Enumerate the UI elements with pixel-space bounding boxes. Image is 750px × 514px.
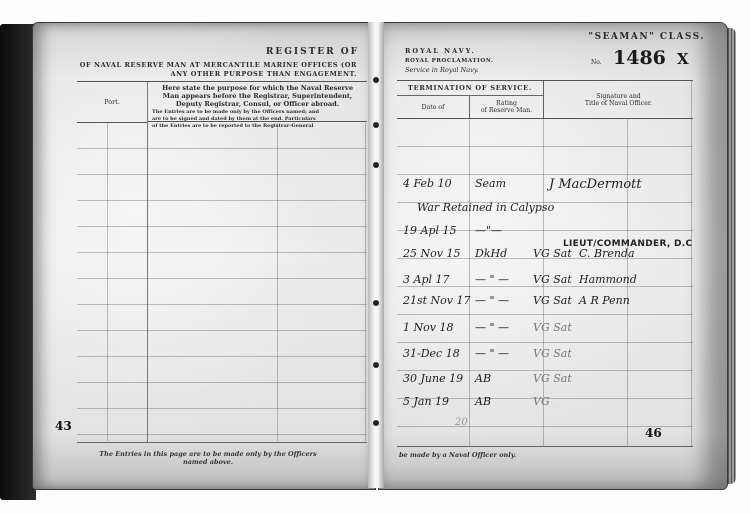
register-heading: REGISTER OF	[266, 47, 359, 57]
signature-header-line-1: Signature and	[585, 93, 652, 100]
entry-rating: —"—	[475, 224, 502, 237]
proclamation-heading: ROYAL PROCLAMATION.	[405, 58, 494, 64]
entry-date: 5 Jan 19	[403, 395, 449, 408]
ruled-lines	[77, 123, 367, 441]
entry-date: 3 Apl 17	[403, 273, 450, 286]
termination-header: TERMINATION OF SERVICE.	[397, 81, 544, 96]
register-subheading-2: ANY OTHER PURPOSE THAN ENGAGEMENT.	[57, 70, 357, 78]
entry-conduct: VG Sat	[533, 347, 572, 360]
officer-stamp: LIEUT/COMMANDER, D.C	[563, 239, 692, 249]
entry-date: 21st Nov 17	[403, 294, 471, 307]
entry-signature: J MacDermott	[549, 177, 642, 192]
royal-navy-heading: ROYAL NAVY.	[405, 47, 476, 55]
service-entry: 25 Nov 15 DkHd VG Sat C. Brenda	[397, 247, 693, 267]
left-footer: The Entries in this page are to be made …	[63, 450, 353, 466]
register-subheading-1: OF NAVAL RESERVE MAN AT MERCANTILE MARIN…	[57, 61, 357, 69]
service-entry: 5 Jan 19 AB VG	[397, 395, 693, 415]
entry-signature: A R Penn	[579, 294, 630, 307]
entry-date: 31-Dec 18	[403, 347, 460, 360]
register-table: Port. Here state the purpose for which t…	[77, 81, 367, 443]
entry-date: 25 Nov 15	[403, 247, 460, 260]
entry-date: 1 Nov 18	[403, 321, 453, 334]
stitch	[373, 420, 379, 426]
stitch	[373, 122, 379, 128]
stitch	[373, 362, 379, 368]
entry-date: 19 Apl 15	[403, 224, 457, 237]
entry-rating: DkHd	[475, 247, 507, 260]
service-number-suffix: X	[677, 50, 689, 68]
service-entry: 31-Dec 18 — " — VG Sat	[397, 347, 693, 367]
purpose-note-1: The Entries are to be made only by the O…	[152, 109, 363, 115]
left-footer-line-1: The Entries in this page are to be made …	[63, 450, 353, 458]
grid-line	[277, 123, 278, 441]
left-footer-line-2: named above.	[63, 458, 353, 466]
entry-conduct: VG Sat	[533, 273, 572, 286]
entry-note: War Retained in Calypso	[417, 201, 554, 214]
entry-conduct: VG Sat	[533, 372, 572, 385]
entry-date: 30 June 19	[403, 372, 463, 385]
entry-rating: — " —	[475, 321, 509, 334]
termination-table: TERMINATION OF SERVICE. Date of Rating o…	[397, 80, 693, 447]
port-header: Port.	[77, 82, 147, 123]
service-entry: 3 Apl 17 — " — VG Sat Hammond	[397, 273, 693, 293]
entry-conduct: VG Sat	[533, 294, 572, 307]
purpose-line-1: Here state the purpose for which the Nav…	[152, 84, 363, 92]
signature-header-line-2: Title of Naval Officer.	[585, 100, 652, 107]
entry-signature: Hammond	[579, 273, 637, 286]
signature-header: Signature and Title of Naval Officer.	[544, 81, 693, 119]
open-book: REGISTER OF OF NAVAL RESERVE MAN AT MERC…	[28, 22, 734, 492]
rating-header: Rating of Reserve Man.	[470, 96, 544, 119]
service-number: 1486	[613, 47, 666, 69]
entry-rating: AB	[475, 395, 491, 408]
entry-rating: Seam	[475, 177, 506, 190]
book-gutter	[368, 22, 384, 488]
stitch	[373, 162, 379, 168]
entry-date: 4 Feb 10	[403, 177, 452, 190]
grid-line	[365, 123, 366, 441]
purpose-line-2: Man appears before the Registrar, Superi…	[152, 92, 363, 100]
stitch	[373, 77, 379, 83]
entry-conduct: VG Sat	[533, 321, 572, 334]
right-footer: be made by a Naval Officer only.	[399, 451, 516, 459]
entry-rating: — " —	[475, 294, 509, 307]
purpose-note-2: are to be signed and dated by them at th…	[152, 116, 363, 122]
seaman-class-label: "SEAMAN" CLASS.	[588, 32, 705, 42]
page-number-left: 43	[55, 419, 72, 433]
entry-rating: AB	[475, 372, 491, 385]
purpose-line-3: Deputy Registrar, Consul, or Officer abr…	[152, 100, 363, 108]
number-label: No.	[591, 59, 602, 66]
rating-header-line-1: Rating	[481, 100, 532, 107]
page-number-right: 46	[645, 426, 662, 440]
left-page: REGISTER OF OF NAVAL RESERVE MAN AT MERC…	[32, 22, 376, 490]
service-entry: 30 June 19 AB VG Sat	[397, 372, 693, 392]
service-entry: 21st Nov 17 — " — VG Sat A R Penn	[397, 294, 693, 314]
entry-conduct: VG	[533, 395, 550, 408]
service-entry: 1 Nov 18 — " — VG Sat	[397, 321, 693, 341]
service-entry: 4 Feb 10 Seam J MacDermott	[397, 177, 693, 197]
stitch	[373, 300, 379, 306]
grid-line	[107, 123, 108, 441]
entry-rating: — " —	[475, 347, 509, 360]
grid-line	[469, 96, 470, 446]
entry-rating: — " —	[475, 273, 509, 286]
rating-header-line-2: of Reserve Man.	[481, 107, 532, 114]
pencil-mark: 20	[455, 417, 468, 428]
date-header: Date of	[397, 96, 470, 119]
right-page: "SEAMAN" CLASS. ROYAL NAVY. ROYAL PROCLA…	[378, 22, 728, 490]
service-entry-note: War Retained in Calypso	[397, 201, 693, 221]
service-heading: Service in Royal Navy.	[405, 66, 479, 74]
purpose-header: Here state the purpose for which the Nav…	[148, 82, 367, 122]
